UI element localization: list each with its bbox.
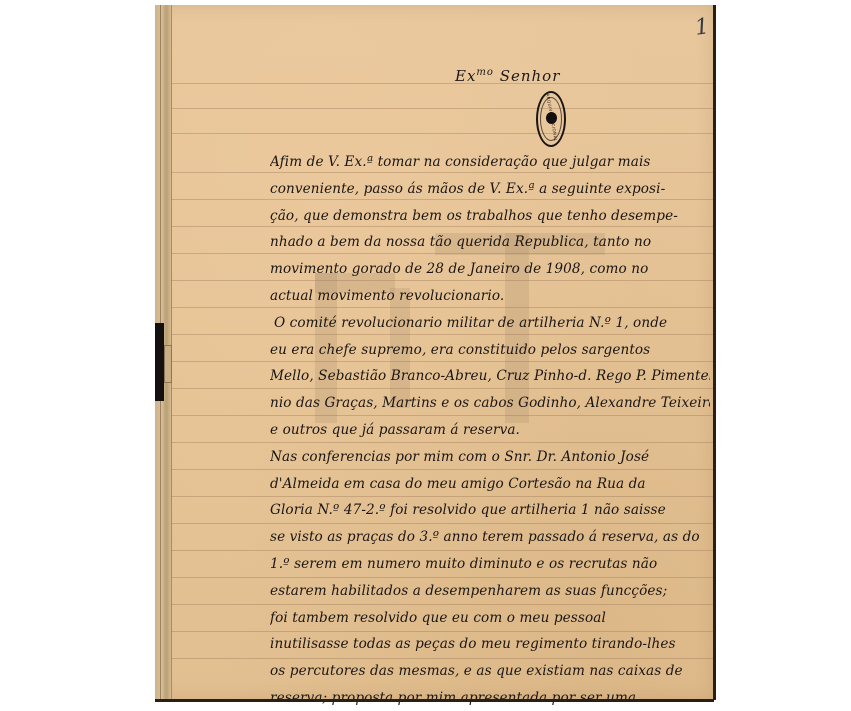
page-right-edge (713, 5, 716, 700)
text-line: reserva; proposta por mim apresentada po… (270, 685, 710, 711)
text-line: Nas conferencias por mim com o Snr. Dr. … (270, 444, 710, 471)
text-line: Mello, Sebastião Branco-Abreu, Cruz Pinh… (270, 363, 710, 390)
text-line: 1.º serem em numero muito diminuto e os … (270, 551, 710, 578)
text-line: movimento gorado de 28 de Janeiro de 190… (270, 256, 710, 283)
ruled-line (171, 83, 714, 84)
text-line: inutilisasse todas as peças do meu regim… (270, 631, 710, 658)
text-line: os percutores das mesmas, e as que exist… (270, 658, 710, 685)
text-line: actual movimento revolucionario. (270, 283, 710, 310)
text-line: eu era chefe supremo, era constituido pe… (270, 337, 710, 364)
salutation: Exmo Senhor (455, 67, 560, 85)
manuscript-page: 1 Exmo Senhor ARQUIVO NACIONAL Afim de V… (155, 5, 714, 700)
text-line: e outros que já passaram á reserva. (270, 417, 710, 444)
archive-stamp-icon: ARQUIVO NACIONAL (536, 91, 566, 147)
text-line: nio das Graças, Martins e os cabos Godin… (270, 390, 710, 417)
text-line: conveniente, passo ás mãos de V. Ex.ª a … (270, 176, 710, 203)
text-line: se visto as praças do 3.º anno terem pas… (270, 524, 710, 551)
binding-dark-patch (155, 323, 164, 401)
ruled-line (171, 108, 714, 109)
text-line: estarem habilitados a desempenharem as s… (270, 578, 710, 605)
page-binding-strip (155, 5, 172, 700)
text-line: Afim de V. Ex.ª tomar na consideração qu… (270, 149, 710, 176)
text-line: ção, que demonstra bem os trabalhos que … (270, 203, 710, 230)
text-line: foi tambem resolvido que eu com o meu pe… (270, 605, 710, 632)
text-line: d'Almeida em casa do meu amigo Cortesão … (270, 471, 710, 498)
salutation-main: Ex (455, 67, 476, 85)
salutation-superscript: mo (476, 67, 494, 78)
text-line: O comité revolucionario militar de artil… (270, 310, 710, 337)
letter-body: Afim de V. Ex.ª tomar na consideração qu… (270, 149, 710, 711)
page-number: 1 (693, 14, 710, 41)
binding-paper-tab (164, 345, 172, 383)
text-line: nhado a bem da nossa tão querida Republi… (270, 229, 710, 256)
ruled-line (171, 133, 714, 134)
salutation-rest: Senhor (494, 67, 560, 85)
text-line: Gloria N.º 47-2.º foi resolvido que arti… (270, 497, 710, 524)
page-bottom-edge (155, 699, 714, 702)
